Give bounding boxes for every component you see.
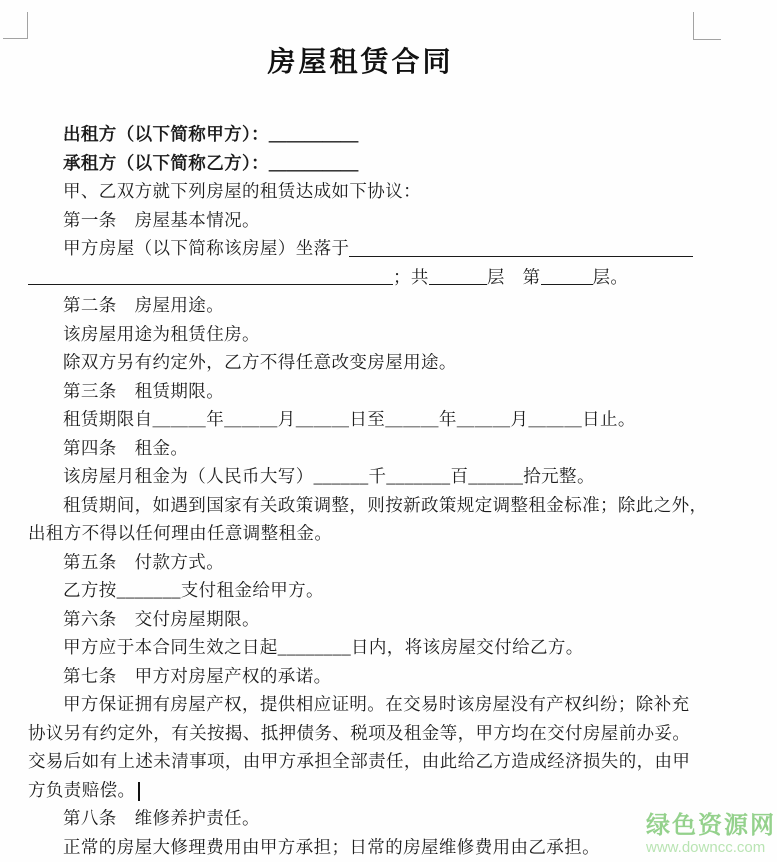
line-clause-8-heading[interactable]: 第八条 维修养护责任。 [28, 804, 693, 833]
watermark-site-url: www.downcc.com [646, 840, 776, 857]
line-compensation[interactable]: 方负责赔偿。 [28, 776, 693, 805]
line-lessor[interactable]: 出租方（以下简称甲方）：＿＿＿＿＿ [28, 120, 693, 149]
line-delivery-term[interactable]: 甲方应于本合同生效之日起________日内，将该房屋交付给乙方。 [28, 633, 693, 662]
blank-underline-total-floors[interactable] [429, 284, 487, 285]
line-house-location[interactable]: 甲方房屋（以下简称该房屋）坐落于 [28, 234, 693, 263]
line-house-use-restriction[interactable]: 除双方另有约定外，乙方不得任意改变房屋用途。 [28, 348, 693, 377]
line-ownership-promise-continued-1[interactable]: 协议另有约定外，有关按揭、抵押债务、税项及租金等，甲方均在交付房屋前办妥。 [28, 719, 693, 748]
line-clause-2-heading[interactable]: 第二条 房屋用途。 [28, 291, 693, 320]
document-content: 房屋租赁合同 出租方（以下简称甲方）：＿＿＿＿＿ 承租方（以下简称乙方）：＿＿＿… [28, 46, 693, 861]
text-cursor [138, 782, 140, 801]
line-clause-5-heading[interactable]: 第五条 付款方式。 [28, 548, 693, 577]
line-monthly-rent[interactable]: 该房屋月租金为（人民币大写）______千_______百______拾元整。 [28, 462, 693, 491]
line-house-location-continued[interactable]: ；共层 第层。 [28, 263, 693, 292]
word-document-page[interactable]: 房屋租赁合同 出租方（以下简称甲方）：＿＿＿＿＿ 承租方（以下简称乙方）：＿＿＿… [0, 0, 777, 862]
line-ownership-promise[interactable]: 甲方保证拥有房屋产权，提供相应证明。在交易时该房屋没有产权纠纷；除补充 [28, 690, 693, 719]
line-clause-6-heading[interactable]: 第六条 交付房屋期限。 [28, 605, 693, 634]
line-maintenance-cost[interactable]: 正常的房屋大修理费用由甲方承担；日常的房屋维修费用由乙承担。 [28, 833, 693, 862]
line-house-use[interactable]: 该房屋用途为租赁住房。 [28, 320, 693, 349]
line-clause-1-heading[interactable]: 第一条 房屋基本情况。 [28, 206, 693, 235]
text-boundary-mark-top-right [693, 12, 721, 40]
line-lease-term[interactable]: 租赁期限自＿＿＿年＿＿＿月＿＿＿日至＿＿＿年＿＿＿月＿＿＿日止。 [28, 405, 693, 434]
site-watermark: 绿色资源网 www.downcc.com [646, 813, 776, 856]
line-clause-7-heading[interactable]: 第七条 甲方对房屋产权的承诺。 [28, 662, 693, 691]
blank-underline-floor-number[interactable] [541, 284, 593, 285]
line-agreement-intro[interactable]: 甲、乙双方就下列房屋的租赁达成如下协议： [28, 177, 693, 206]
line-ownership-promise-continued-2[interactable]: 交易后如有上述未清事项，由甲方承担全部责任，由此给乙方造成经济损失的，由甲 [28, 747, 693, 776]
line-clause-3-heading[interactable]: 第三条 租赁期限。 [28, 377, 693, 406]
line-rent-adjustment-continued[interactable]: 出租方不得以任何理由任意调整租金。 [28, 519, 693, 548]
line-lessee[interactable]: 承租方（以下简称乙方）：＿＿＿＿＿ [28, 149, 693, 178]
watermark-site-name: 绿色资源网 [646, 813, 776, 839]
text-boundary-mark-top-left [3, 12, 28, 39]
blank-underline-address-1[interactable] [349, 256, 693, 257]
blank-underline-address-2[interactable] [28, 284, 393, 285]
line-rent-adjustment[interactable]: 租赁期间，如遇到国家有关政策调整，则按新政策规定调整租金标准；除此之外， [28, 491, 693, 520]
line-clause-4-heading[interactable]: 第四条 租金。 [28, 434, 693, 463]
line-payment-method[interactable]: 乙方按_______支付租金给甲方。 [28, 576, 693, 605]
document-title: 房屋租赁合同 [28, 46, 693, 80]
